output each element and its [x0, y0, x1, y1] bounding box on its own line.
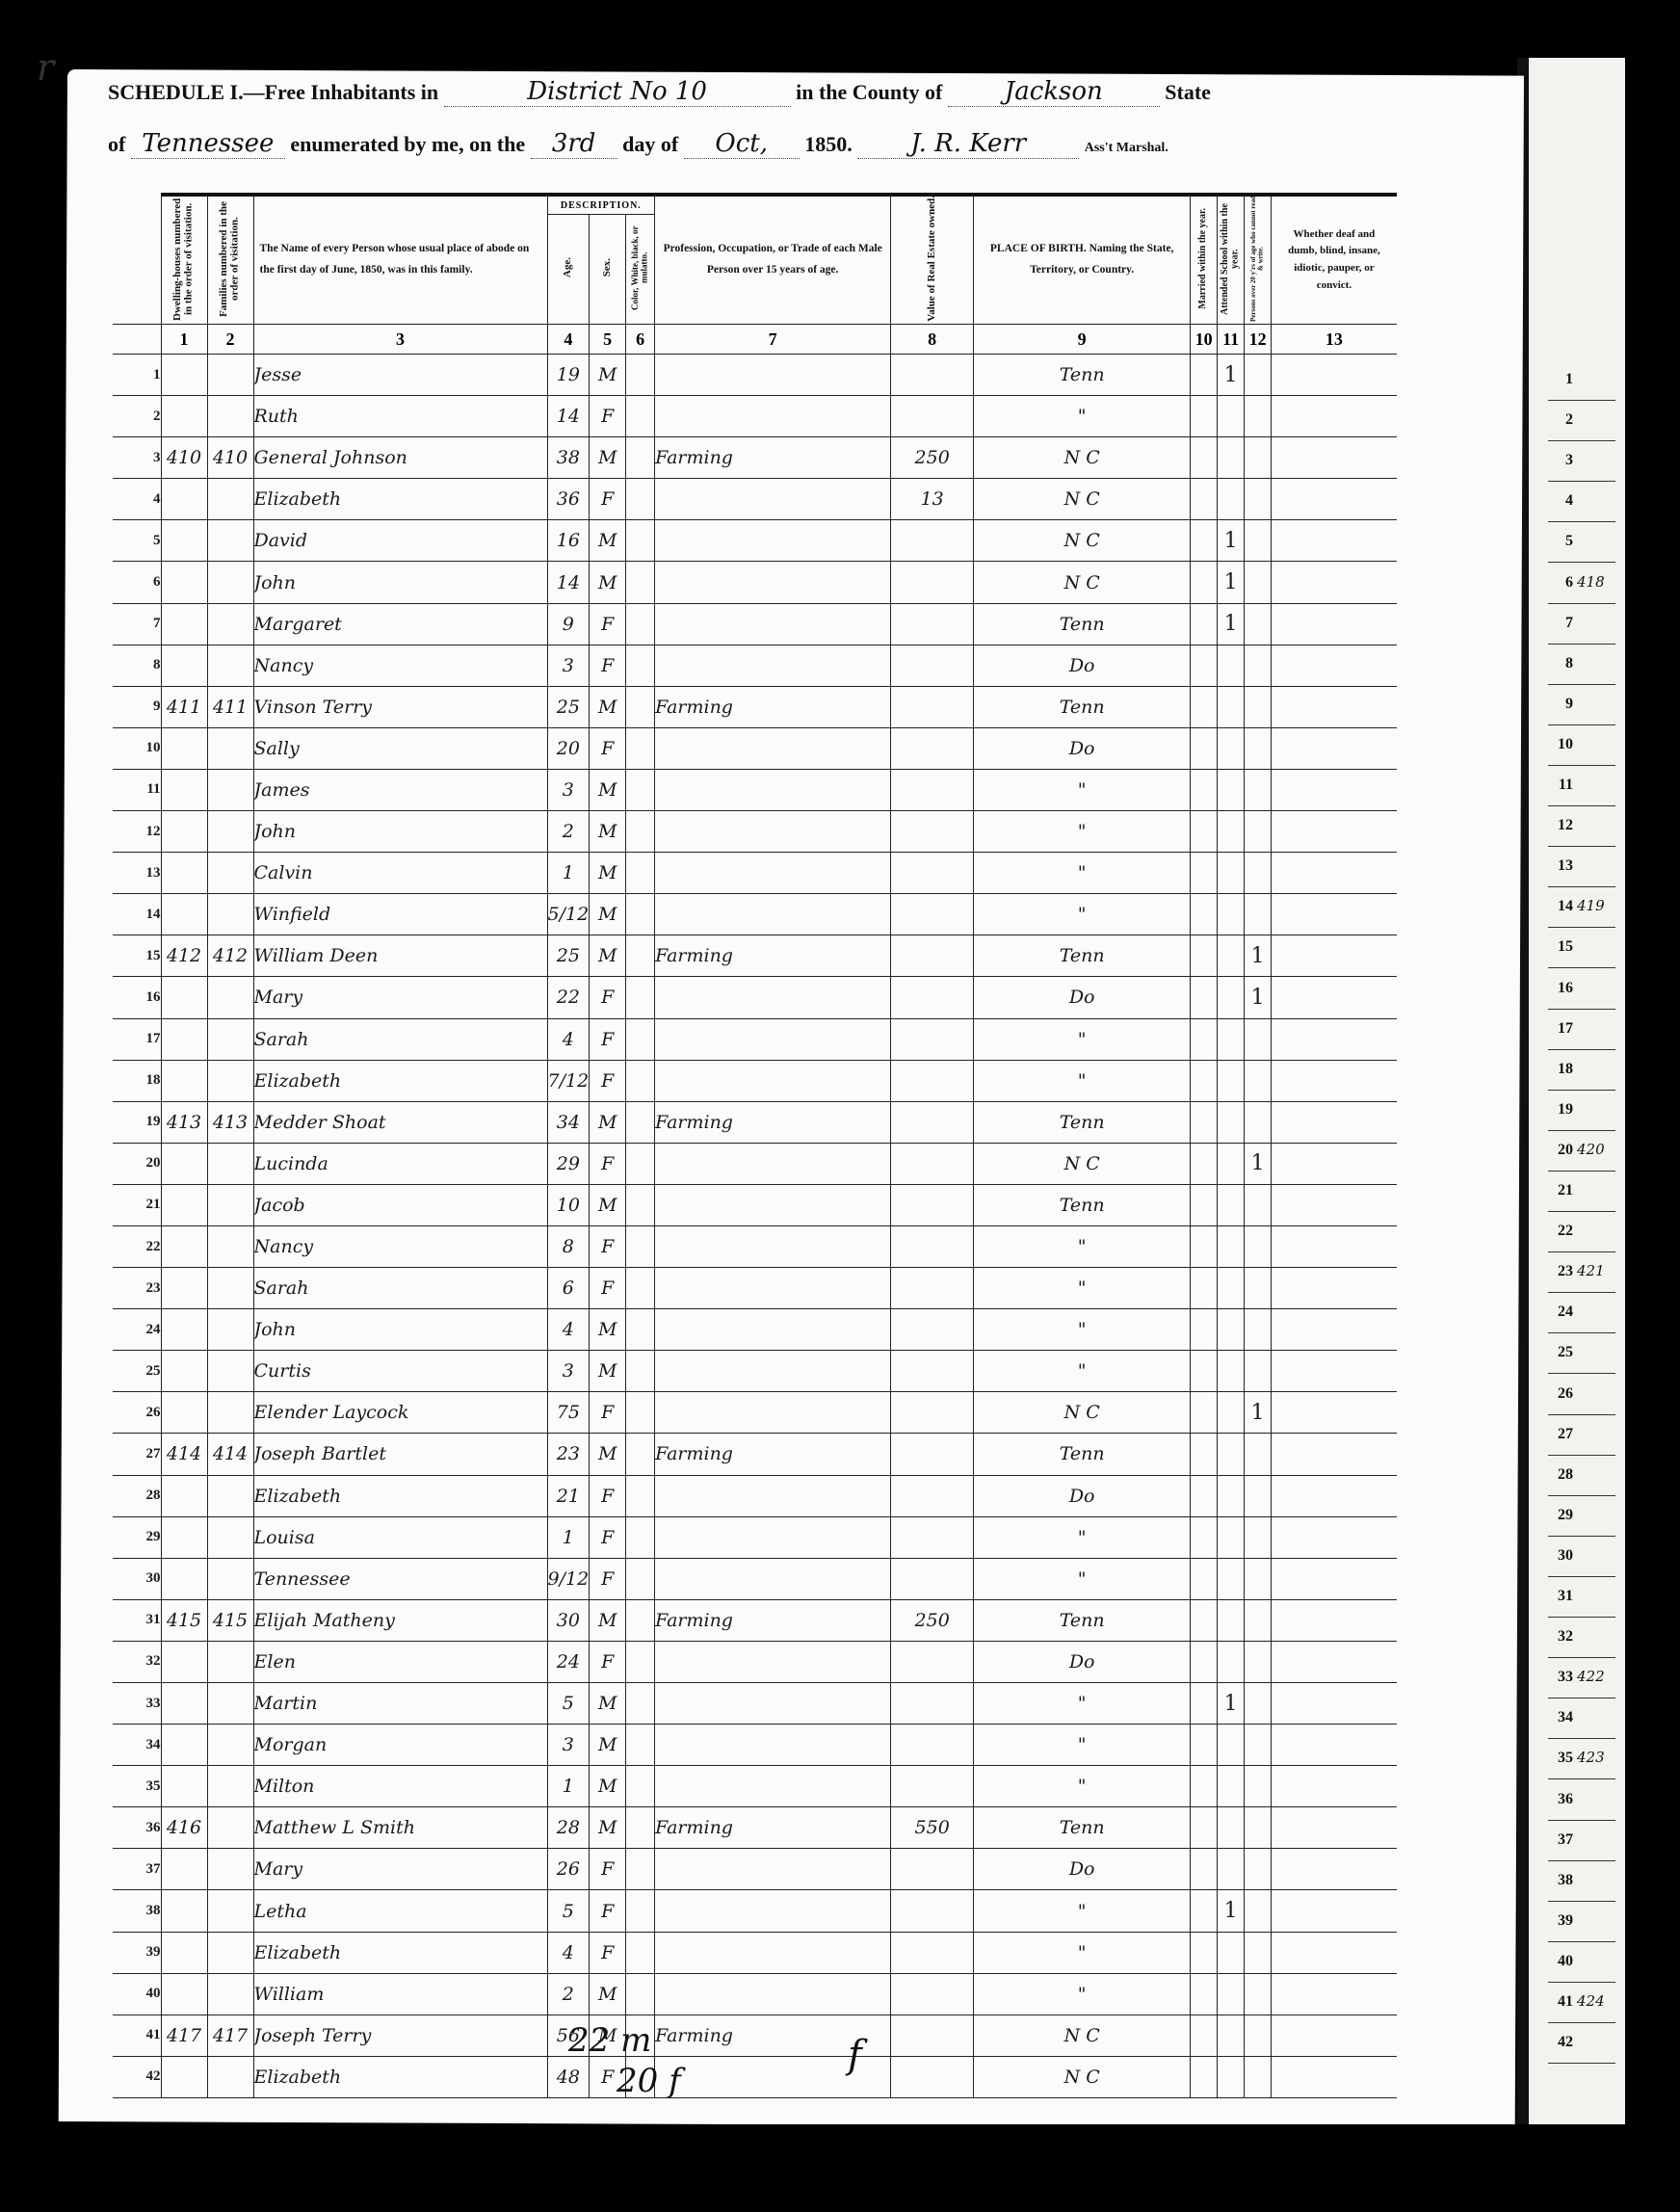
- table-row: 36416Matthew L Smith28MFarming550Tenn: [113, 1807, 1397, 1849]
- birthplace-cell: N C: [974, 1143, 1191, 1184]
- married-cell: [1191, 1184, 1218, 1225]
- sex-cell: F: [590, 603, 626, 645]
- dwelling-cell: [161, 520, 207, 562]
- line-number: 29: [113, 1516, 161, 1558]
- disability-cell: [1272, 935, 1397, 977]
- age-cell: 7/12: [547, 1060, 590, 1101]
- real-estate-cell: [891, 1641, 974, 1682]
- adjacent-line-number: 3: [1548, 439, 1573, 481]
- col-number-9: 9: [974, 325, 1191, 355]
- adjacent-line: 33422: [1548, 1656, 1615, 1698]
- school-cell: [1218, 1599, 1245, 1641]
- school-cell: [1218, 1225, 1245, 1267]
- school-cell: [1218, 2014, 1245, 2056]
- sex-cell: F: [590, 1018, 626, 1060]
- color-cell: [626, 1268, 655, 1309]
- occupation-cell: Farming: [655, 1101, 891, 1143]
- col-number-7: 7: [655, 325, 891, 355]
- line-number: 21: [113, 1184, 161, 1225]
- adjacent-line-number: 20: [1548, 1129, 1573, 1171]
- disability-cell: [1272, 1309, 1397, 1351]
- line-number: 32: [113, 1641, 161, 1682]
- sex-cell: F: [590, 1516, 626, 1558]
- school-cell: [1218, 1558, 1245, 1599]
- age-cell: 23: [547, 1434, 590, 1475]
- married-cell: [1191, 1351, 1218, 1392]
- dwelling-cell: [161, 396, 207, 437]
- color-cell: [626, 727, 655, 769]
- birthplace-cell: ": [974, 1683, 1191, 1725]
- real-estate-cell: [891, 1060, 974, 1101]
- table-row: 34Morgan3M": [113, 1725, 1397, 1766]
- table-row: 15412412William Deen25MFarmingTenn1: [113, 935, 1397, 977]
- school-cell: [1218, 1184, 1245, 1225]
- table-row: 41417417Joseph Terry56MFarmingN C: [113, 2014, 1397, 2056]
- family-cell: [207, 520, 253, 562]
- dwelling-cell: [161, 355, 207, 396]
- adjacent-line-number: 8: [1548, 643, 1573, 684]
- name-cell: David: [253, 520, 547, 562]
- age-cell: 14: [547, 562, 590, 603]
- adjacent-line-number: 12: [1548, 804, 1573, 846]
- dwelling-cell: [161, 977, 207, 1018]
- name-cell: William Deen: [253, 935, 547, 977]
- sex-cell: F: [590, 1143, 626, 1184]
- disability-cell: [1272, 2014, 1397, 2056]
- adjacent-line: 22: [1548, 1210, 1615, 1252]
- age-cell: 30: [547, 1599, 590, 1641]
- family-cell: [207, 1351, 253, 1392]
- illiterate-cell: 1: [1245, 1392, 1272, 1434]
- school-cell: [1218, 727, 1245, 769]
- married-cell: [1191, 1725, 1218, 1766]
- birthplace-cell: ": [974, 1268, 1191, 1309]
- illiterate-cell: [1245, 437, 1272, 479]
- family-cell: 417: [207, 2014, 253, 2056]
- married-cell: [1191, 1807, 1218, 1849]
- adjacent-line-number: 22: [1548, 1210, 1573, 1251]
- color-cell: [626, 1101, 655, 1143]
- color-cell: [626, 1641, 655, 1682]
- illiterate-cell: [1245, 1309, 1272, 1351]
- table-row: 38Letha5F"1: [113, 1890, 1397, 1932]
- age-cell: 29: [547, 1143, 590, 1184]
- dwelling-cell: [161, 2056, 207, 2097]
- disability-cell: [1272, 1973, 1397, 2014]
- illiterate-cell: [1245, 562, 1272, 603]
- disability-cell: [1272, 1184, 1397, 1225]
- birthplace-cell: Tenn: [974, 935, 1191, 977]
- col-color-header: Color, White, black, or mulatto.: [626, 215, 655, 325]
- school-cell: [1218, 1309, 1245, 1351]
- adjacent-line: 40: [1548, 1940, 1615, 1983]
- line-number: 28: [113, 1475, 161, 1516]
- adjacent-line-number: 28: [1548, 1454, 1573, 1495]
- age-cell: 24: [547, 1641, 590, 1682]
- col-number-8: 8: [891, 325, 974, 355]
- occupation-cell: [655, 1890, 891, 1932]
- adjacent-dwelling-number: 419: [1577, 897, 1605, 914]
- sex-cell: M: [590, 1309, 626, 1351]
- col-number-10: 10: [1191, 325, 1218, 355]
- name-cell: Nancy: [253, 1225, 547, 1267]
- col-disability-header: Whether deaf and dumb, blind, insane, id…: [1272, 195, 1397, 325]
- name-cell: James: [253, 769, 547, 810]
- disability-cell: [1272, 603, 1397, 645]
- occupation-cell: [655, 1268, 891, 1309]
- sex-cell: M: [590, 1766, 626, 1807]
- occupation-cell: [655, 396, 891, 437]
- occupation-cell: Farming: [655, 1434, 891, 1475]
- col-number-13: 13: [1272, 325, 1397, 355]
- birthplace-cell: ": [974, 1890, 1191, 1932]
- dwelling-cell: [161, 479, 207, 520]
- adjacent-line-number: 31: [1548, 1575, 1573, 1617]
- illiterate-cell: [1245, 1434, 1272, 1475]
- adjacent-line-number: 41: [1548, 1981, 1573, 2022]
- birthplace-cell: ": [974, 1060, 1191, 1101]
- name-cell: Winfield: [253, 894, 547, 935]
- illiterate-cell: [1245, 396, 1272, 437]
- real-estate-cell: 550: [891, 1807, 974, 1849]
- adjacent-line-number: 2: [1548, 399, 1573, 440]
- adjacent-line: 14419: [1548, 885, 1615, 928]
- school-cell: [1218, 686, 1245, 727]
- color-cell: [626, 1143, 655, 1184]
- age-cell: 4: [547, 1018, 590, 1060]
- real-estate-cell: [891, 603, 974, 645]
- name-cell: Morgan: [253, 1725, 547, 1766]
- sex-cell: F: [590, 1849, 626, 1890]
- real-estate-cell: [891, 2014, 974, 2056]
- table-row: 20Lucinda29FN C1: [113, 1143, 1397, 1184]
- col-number-6: 6: [626, 325, 655, 355]
- state-label: State: [1165, 80, 1211, 104]
- adjacent-line-number: 18: [1548, 1048, 1573, 1090]
- disability-cell: [1272, 1599, 1397, 1641]
- real-estate-cell: [891, 1766, 974, 1807]
- line-number: 35: [113, 1766, 161, 1807]
- birthplace-cell: ": [974, 396, 1191, 437]
- line-number: 17: [113, 1018, 161, 1060]
- col-age-header: Age.: [547, 215, 590, 325]
- age-cell: 22: [547, 977, 590, 1018]
- occupation-cell: [655, 1392, 891, 1434]
- married-cell: [1191, 853, 1218, 894]
- school-cell: [1218, 1641, 1245, 1682]
- table-row: 23Sarah6F": [113, 1268, 1397, 1309]
- dwelling-cell: [161, 1932, 207, 1973]
- school-cell: [1218, 811, 1245, 853]
- married-cell: [1191, 1268, 1218, 1309]
- color-cell: [626, 1516, 655, 1558]
- age-cell: 1: [547, 853, 590, 894]
- sex-cell: M: [590, 1101, 626, 1143]
- age-cell: 28: [547, 1807, 590, 1849]
- occupation-cell: [655, 1849, 891, 1890]
- sex-cell: F: [590, 1475, 626, 1516]
- illiterate-cell: [1245, 1268, 1272, 1309]
- school-cell: 1: [1218, 1890, 1245, 1932]
- name-cell: Mary: [253, 977, 547, 1018]
- real-estate-cell: [891, 396, 974, 437]
- family-cell: [207, 1018, 253, 1060]
- school-cell: [1218, 479, 1245, 520]
- birthplace-cell: N C: [974, 520, 1191, 562]
- occupation-cell: Farming: [655, 437, 891, 479]
- disability-cell: [1272, 562, 1397, 603]
- illiterate-cell: [1245, 1225, 1272, 1267]
- married-cell: [1191, 437, 1218, 479]
- birthplace-cell: ": [974, 1766, 1191, 1807]
- name-cell: Jesse: [253, 355, 547, 396]
- real-estate-cell: [891, 520, 974, 562]
- sex-cell: M: [590, 355, 626, 396]
- occupation-cell: [655, 645, 891, 686]
- birthplace-cell: Tenn: [974, 686, 1191, 727]
- illiterate-cell: [1245, 1101, 1272, 1143]
- real-estate-cell: [891, 2056, 974, 2097]
- real-estate-cell: [891, 686, 974, 727]
- illiterate-cell: [1245, 1018, 1272, 1060]
- illiterate-cell: [1245, 1516, 1272, 1558]
- occupation-cell: [655, 1184, 891, 1225]
- name-cell: Medder Shoat: [253, 1101, 547, 1143]
- footer-female-count: 20 f: [617, 2062, 681, 2100]
- married-cell: [1191, 479, 1218, 520]
- county-field: Jackson: [948, 77, 1160, 107]
- illiterate-cell: [1245, 811, 1272, 853]
- adjacent-line: 8: [1548, 643, 1615, 685]
- family-cell: [207, 1725, 253, 1766]
- color-cell: [626, 853, 655, 894]
- real-estate-cell: [891, 645, 974, 686]
- adjacent-line-number: 32: [1548, 1616, 1573, 1657]
- name-cell: Sarah: [253, 1018, 547, 1060]
- adjacent-line: 35423: [1548, 1737, 1615, 1779]
- sex-cell: M: [590, 894, 626, 935]
- illiterate-cell: [1245, 603, 1272, 645]
- line-number: 6: [113, 562, 161, 603]
- state-field: Tennessee: [131, 129, 285, 159]
- name-cell: Nancy: [253, 645, 547, 686]
- dwelling-cell: [161, 1725, 207, 1766]
- line-number: 26: [113, 1392, 161, 1434]
- dwelling-cell: [161, 1225, 207, 1267]
- table-row: 26Elender Laycock75FN C1: [113, 1392, 1397, 1434]
- adjacent-line-number: 13: [1548, 845, 1573, 886]
- name-cell: Margaret: [253, 603, 547, 645]
- school-cell: [1218, 645, 1245, 686]
- disability-cell: [1272, 977, 1397, 1018]
- illiterate-cell: 1: [1245, 1143, 1272, 1184]
- description-header: DESCRIPTION.: [547, 195, 655, 215]
- real-estate-cell: [891, 562, 974, 603]
- adjacent-line-number: 35: [1548, 1737, 1573, 1778]
- table-row: 3410410General Johnson38MFarming250N C: [113, 437, 1397, 479]
- line-number: 2: [113, 396, 161, 437]
- line-number: 23: [113, 1268, 161, 1309]
- day-of-label: day of: [622, 132, 678, 156]
- sex-cell: M: [590, 1807, 626, 1849]
- disability-cell: [1272, 1558, 1397, 1599]
- age-cell: 16: [547, 520, 590, 562]
- col-name-header: The Name of every Person whose usual pla…: [253, 195, 547, 325]
- illiterate-cell: [1245, 1060, 1272, 1101]
- occupation-cell: [655, 1558, 891, 1599]
- married-cell: [1191, 396, 1218, 437]
- color-cell: [626, 1599, 655, 1641]
- occupation-cell: [655, 1143, 891, 1184]
- sex-cell: F: [590, 1392, 626, 1434]
- line-number: 10: [113, 727, 161, 769]
- age-cell: 25: [547, 686, 590, 727]
- age-cell: 34: [547, 1101, 590, 1143]
- illiterate-cell: [1245, 479, 1272, 520]
- sex-cell: F: [590, 977, 626, 1018]
- sex-cell: M: [590, 811, 626, 853]
- adjacent-line: 34: [1548, 1697, 1615, 1739]
- disability-cell: [1272, 769, 1397, 810]
- age-cell: 2: [547, 811, 590, 853]
- marshal-label: Ass't Marshal.: [1085, 141, 1168, 155]
- married-cell: [1191, 727, 1218, 769]
- disability-cell: [1272, 894, 1397, 935]
- col-married-header: Married within the year.: [1191, 195, 1218, 325]
- table-row: 35Milton1M": [113, 1766, 1397, 1807]
- dwelling-cell: [161, 1392, 207, 1434]
- family-cell: 411: [207, 686, 253, 727]
- married-cell: [1191, 1101, 1218, 1143]
- birthplace-cell: Do: [974, 1475, 1191, 1516]
- line-number: 39: [113, 1932, 161, 1973]
- adjacent-line-number: 25: [1548, 1331, 1573, 1373]
- real-estate-cell: [891, 1932, 974, 1973]
- birthplace-cell: ": [974, 894, 1191, 935]
- year-label: 1850.: [804, 132, 853, 156]
- occupation-cell: [655, 603, 891, 645]
- birthplace-cell: ": [974, 1351, 1191, 1392]
- married-cell: [1191, 2056, 1218, 2097]
- school-cell: [1218, 1143, 1245, 1184]
- married-cell: [1191, 935, 1218, 977]
- real-estate-cell: 13: [891, 479, 974, 520]
- real-estate-cell: [891, 935, 974, 977]
- dwelling-cell: 414: [161, 1434, 207, 1475]
- married-cell: [1191, 1060, 1218, 1101]
- dwelling-cell: [161, 1060, 207, 1101]
- color-cell: [626, 396, 655, 437]
- color-cell: [626, 1973, 655, 2014]
- school-cell: 1: [1218, 603, 1245, 645]
- dwelling-cell: [161, 1766, 207, 1807]
- sex-cell: M: [590, 769, 626, 810]
- school-cell: [1218, 769, 1245, 810]
- married-cell: [1191, 1683, 1218, 1725]
- real-estate-cell: [891, 1351, 974, 1392]
- disability-cell: [1272, 396, 1397, 437]
- married-cell: [1191, 1143, 1218, 1184]
- name-cell: Milton: [253, 1766, 547, 1807]
- line-number: 16: [113, 977, 161, 1018]
- color-cell: [626, 1849, 655, 1890]
- real-estate-cell: 250: [891, 437, 974, 479]
- birthplace-cell: Do: [974, 1641, 1191, 1682]
- family-cell: [207, 977, 253, 1018]
- table-row: 42Elizabeth48FN C: [113, 2056, 1397, 2097]
- adjacent-dwelling-number: 420: [1577, 1141, 1605, 1158]
- table-row: 27414414Joseph Bartlet23MFarmingTenn: [113, 1434, 1397, 1475]
- disability-cell: [1272, 1225, 1397, 1267]
- dwelling-cell: 410: [161, 437, 207, 479]
- adjacent-line-number: 9: [1548, 683, 1573, 724]
- family-cell: 410: [207, 437, 253, 479]
- table-row: 28Elizabeth21FDo: [113, 1475, 1397, 1516]
- name-cell: Tennessee: [253, 1558, 547, 1599]
- name-cell: Sally: [253, 727, 547, 769]
- married-cell: [1191, 520, 1218, 562]
- family-cell: [207, 1807, 253, 1849]
- adjacent-line-number: 42: [1548, 2021, 1573, 2063]
- married-cell: [1191, 1766, 1218, 1807]
- illiterate-cell: [1245, 1558, 1272, 1599]
- occupation-cell: [655, 562, 891, 603]
- age-cell: 26: [547, 1849, 590, 1890]
- color-cell: [626, 894, 655, 935]
- line-number: 25: [113, 1351, 161, 1392]
- name-cell: Sarah: [253, 1268, 547, 1309]
- married-cell: [1191, 686, 1218, 727]
- birthplace-cell: N C: [974, 437, 1191, 479]
- real-estate-cell: [891, 1558, 974, 1599]
- dwelling-cell: 413: [161, 1101, 207, 1143]
- family-cell: [207, 1225, 253, 1267]
- school-cell: [1218, 1725, 1245, 1766]
- sex-cell: F: [590, 396, 626, 437]
- age-cell: 3: [547, 645, 590, 686]
- illiterate-cell: [1245, 520, 1272, 562]
- disability-cell: [1272, 1434, 1397, 1475]
- school-cell: [1218, 396, 1245, 437]
- birthplace-cell: Tenn: [974, 1101, 1191, 1143]
- school-cell: 1: [1218, 562, 1245, 603]
- sex-cell: M: [590, 1725, 626, 1766]
- table-row: 39Elizabeth4F": [113, 1932, 1397, 1973]
- table-row: 40William2M": [113, 1973, 1397, 2014]
- age-cell: 14: [547, 396, 590, 437]
- dwelling-cell: [161, 603, 207, 645]
- color-cell: [626, 1434, 655, 1475]
- adjacent-line-number: 5: [1548, 520, 1573, 562]
- birthplace-cell: ": [974, 811, 1191, 853]
- age-cell: 48: [547, 2056, 590, 2097]
- disability-cell: [1272, 1060, 1397, 1101]
- birthplace-cell: Tenn: [974, 603, 1191, 645]
- birthplace-cell: N C: [974, 1392, 1191, 1434]
- married-cell: [1191, 1599, 1218, 1641]
- married-cell: [1191, 645, 1218, 686]
- age-cell: 9/12: [547, 1558, 590, 1599]
- table-row: 21Jacob10MTenn: [113, 1184, 1397, 1225]
- name-cell: William: [253, 1973, 547, 2014]
- adjacent-line-number: 17: [1548, 1008, 1573, 1049]
- adjacent-line: 37: [1548, 1819, 1615, 1861]
- name-cell: General Johnson: [253, 437, 547, 479]
- illiterate-cell: [1245, 1932, 1272, 1973]
- name-cell: Letha: [253, 1890, 547, 1932]
- col-sex-header: Sex.: [590, 215, 626, 325]
- married-cell: [1191, 894, 1218, 935]
